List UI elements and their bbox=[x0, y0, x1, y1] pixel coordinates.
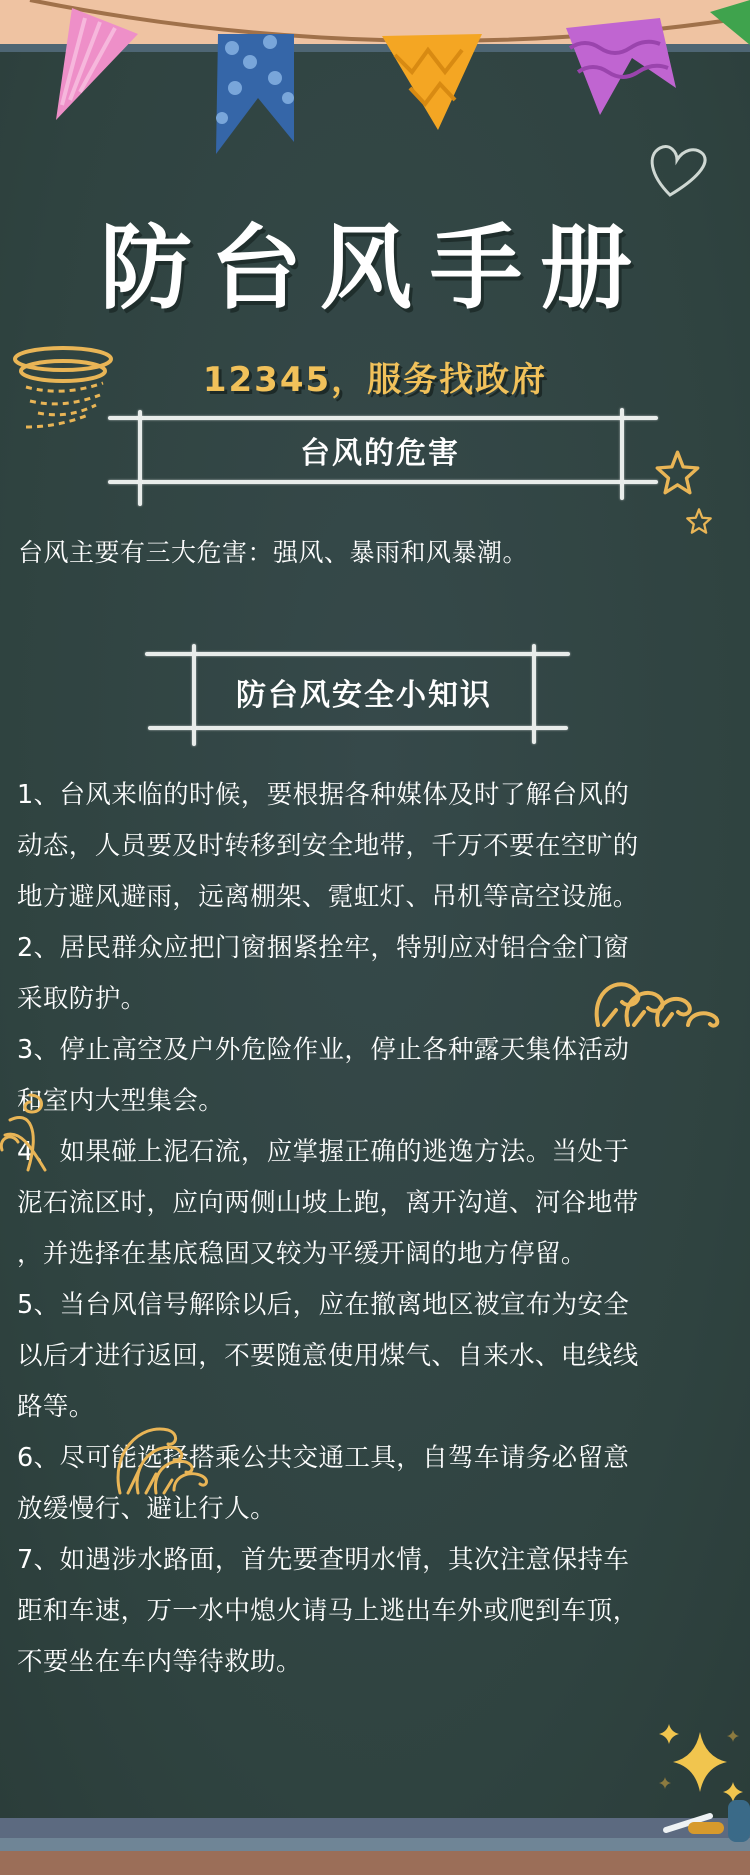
tips-heading: 防台风安全小知识 bbox=[196, 670, 532, 714]
tip-item-7: 7、如遇涉水路面，首先要查明水情，其次注意保持车 距和车速，万一水中熄火请马上逃… bbox=[17, 1535, 737, 1688]
tip-line: 7、如遇涉水路面，首先要查明水情，其次注意保持车 bbox=[17, 1535, 737, 1586]
chalk-line-bottom bbox=[108, 480, 658, 484]
wave-swirl-icon bbox=[0, 1090, 55, 1180]
star-small-icon bbox=[686, 508, 712, 534]
hotline-subtitle: 12345，服务找政府 bbox=[0, 352, 750, 401]
heart-icon bbox=[645, 130, 720, 205]
tip-line: 泥石流区时，应向两侧山坡上跑，离开沟道、河谷地带 bbox=[17, 1178, 737, 1229]
tip-line: 地方避风避雨，远离棚架、霓虹灯、吊机等高空设施。 bbox=[17, 872, 737, 923]
tip-line: 5、当台风信号解除以后，应在撤离地区被宣布为安全 bbox=[17, 1280, 737, 1331]
chalkboard-ledge bbox=[0, 1818, 750, 1840]
chalk-line-right bbox=[532, 644, 536, 744]
poster-title: 防台风手册 bbox=[0, 195, 750, 327]
sparkle-icon bbox=[655, 1722, 745, 1807]
tip-item-1: 1、台风来临的时候，要根据各种媒体及时了解台风的 动态，人员要及时转移到安全地带… bbox=[17, 770, 737, 923]
wave-tall-icon bbox=[110, 1418, 220, 1498]
chalk-line-top bbox=[145, 652, 570, 656]
tip-item-4: 4、如果碰上泥石流，应掌握正确的逃逸方法。当处于 泥石流区时，应向两侧山坡上跑，… bbox=[17, 1127, 737, 1280]
tip-line: 以后才进行返回，不要随意使用煤气、自来水、电线线 bbox=[17, 1331, 737, 1382]
tin-can-icon bbox=[728, 1800, 750, 1842]
tip-line: 不要坐在车内等待救助。 bbox=[17, 1637, 737, 1688]
chalk-line-top bbox=[108, 416, 658, 420]
chalk-line-right bbox=[620, 408, 624, 500]
tip-line: ，并选择在基底稳固又较为平缓开阔的地方停留。 bbox=[17, 1229, 737, 1280]
tips-list: 1、台风来临的时候，要根据各种媒体及时了解台风的 动态，人员要及时转移到安全地带… bbox=[17, 770, 737, 1688]
tip-line: 1、台风来临的时候，要根据各种媒体及时了解台风的 bbox=[17, 770, 737, 821]
hazards-body: 台风主要有三大危害：强风、暴雨和风暴潮。 bbox=[18, 533, 528, 569]
hazards-heading: 台风的危害 bbox=[140, 428, 620, 472]
eraser-icon bbox=[686, 1820, 726, 1836]
tip-line: 2、居民群众应把门窗捆紧拴牢，特别应对铝合金门窗 bbox=[17, 923, 737, 974]
floor bbox=[0, 1851, 750, 1875]
flag-purple-icon bbox=[566, 18, 676, 115]
chalkboard-ledge-edge bbox=[0, 1838, 750, 1852]
tip-line: 动态，人员要及时转移到安全地带，千万不要在空旷的 bbox=[17, 821, 737, 872]
tip-item-3: 3、停止高空及户外危险作业，停止各种露天集体活动 和室内大型集会。 bbox=[17, 1025, 737, 1127]
tip-line: 距和车速，万一水中熄火请马上逃出车外或爬到车顶， bbox=[17, 1586, 737, 1637]
flag-orange-icon bbox=[382, 34, 482, 130]
star-icon bbox=[655, 450, 700, 495]
tip-line: 4、如果碰上泥石流，应掌握正确的逃逸方法。当处于 bbox=[17, 1127, 737, 1178]
tip-line: 和室内大型集会。 bbox=[17, 1076, 737, 1127]
flag-blue-icon bbox=[216, 34, 294, 154]
tip-item-5: 5、当台风信号解除以后，应在撤离地区被宣布为安全 以后才进行返回，不要随意使用煤… bbox=[17, 1280, 737, 1433]
bunting-banner bbox=[0, 0, 750, 160]
flag-pink-icon bbox=[56, 8, 138, 120]
wave-icon bbox=[590, 970, 730, 1035]
chalk-line-bottom bbox=[148, 726, 568, 730]
